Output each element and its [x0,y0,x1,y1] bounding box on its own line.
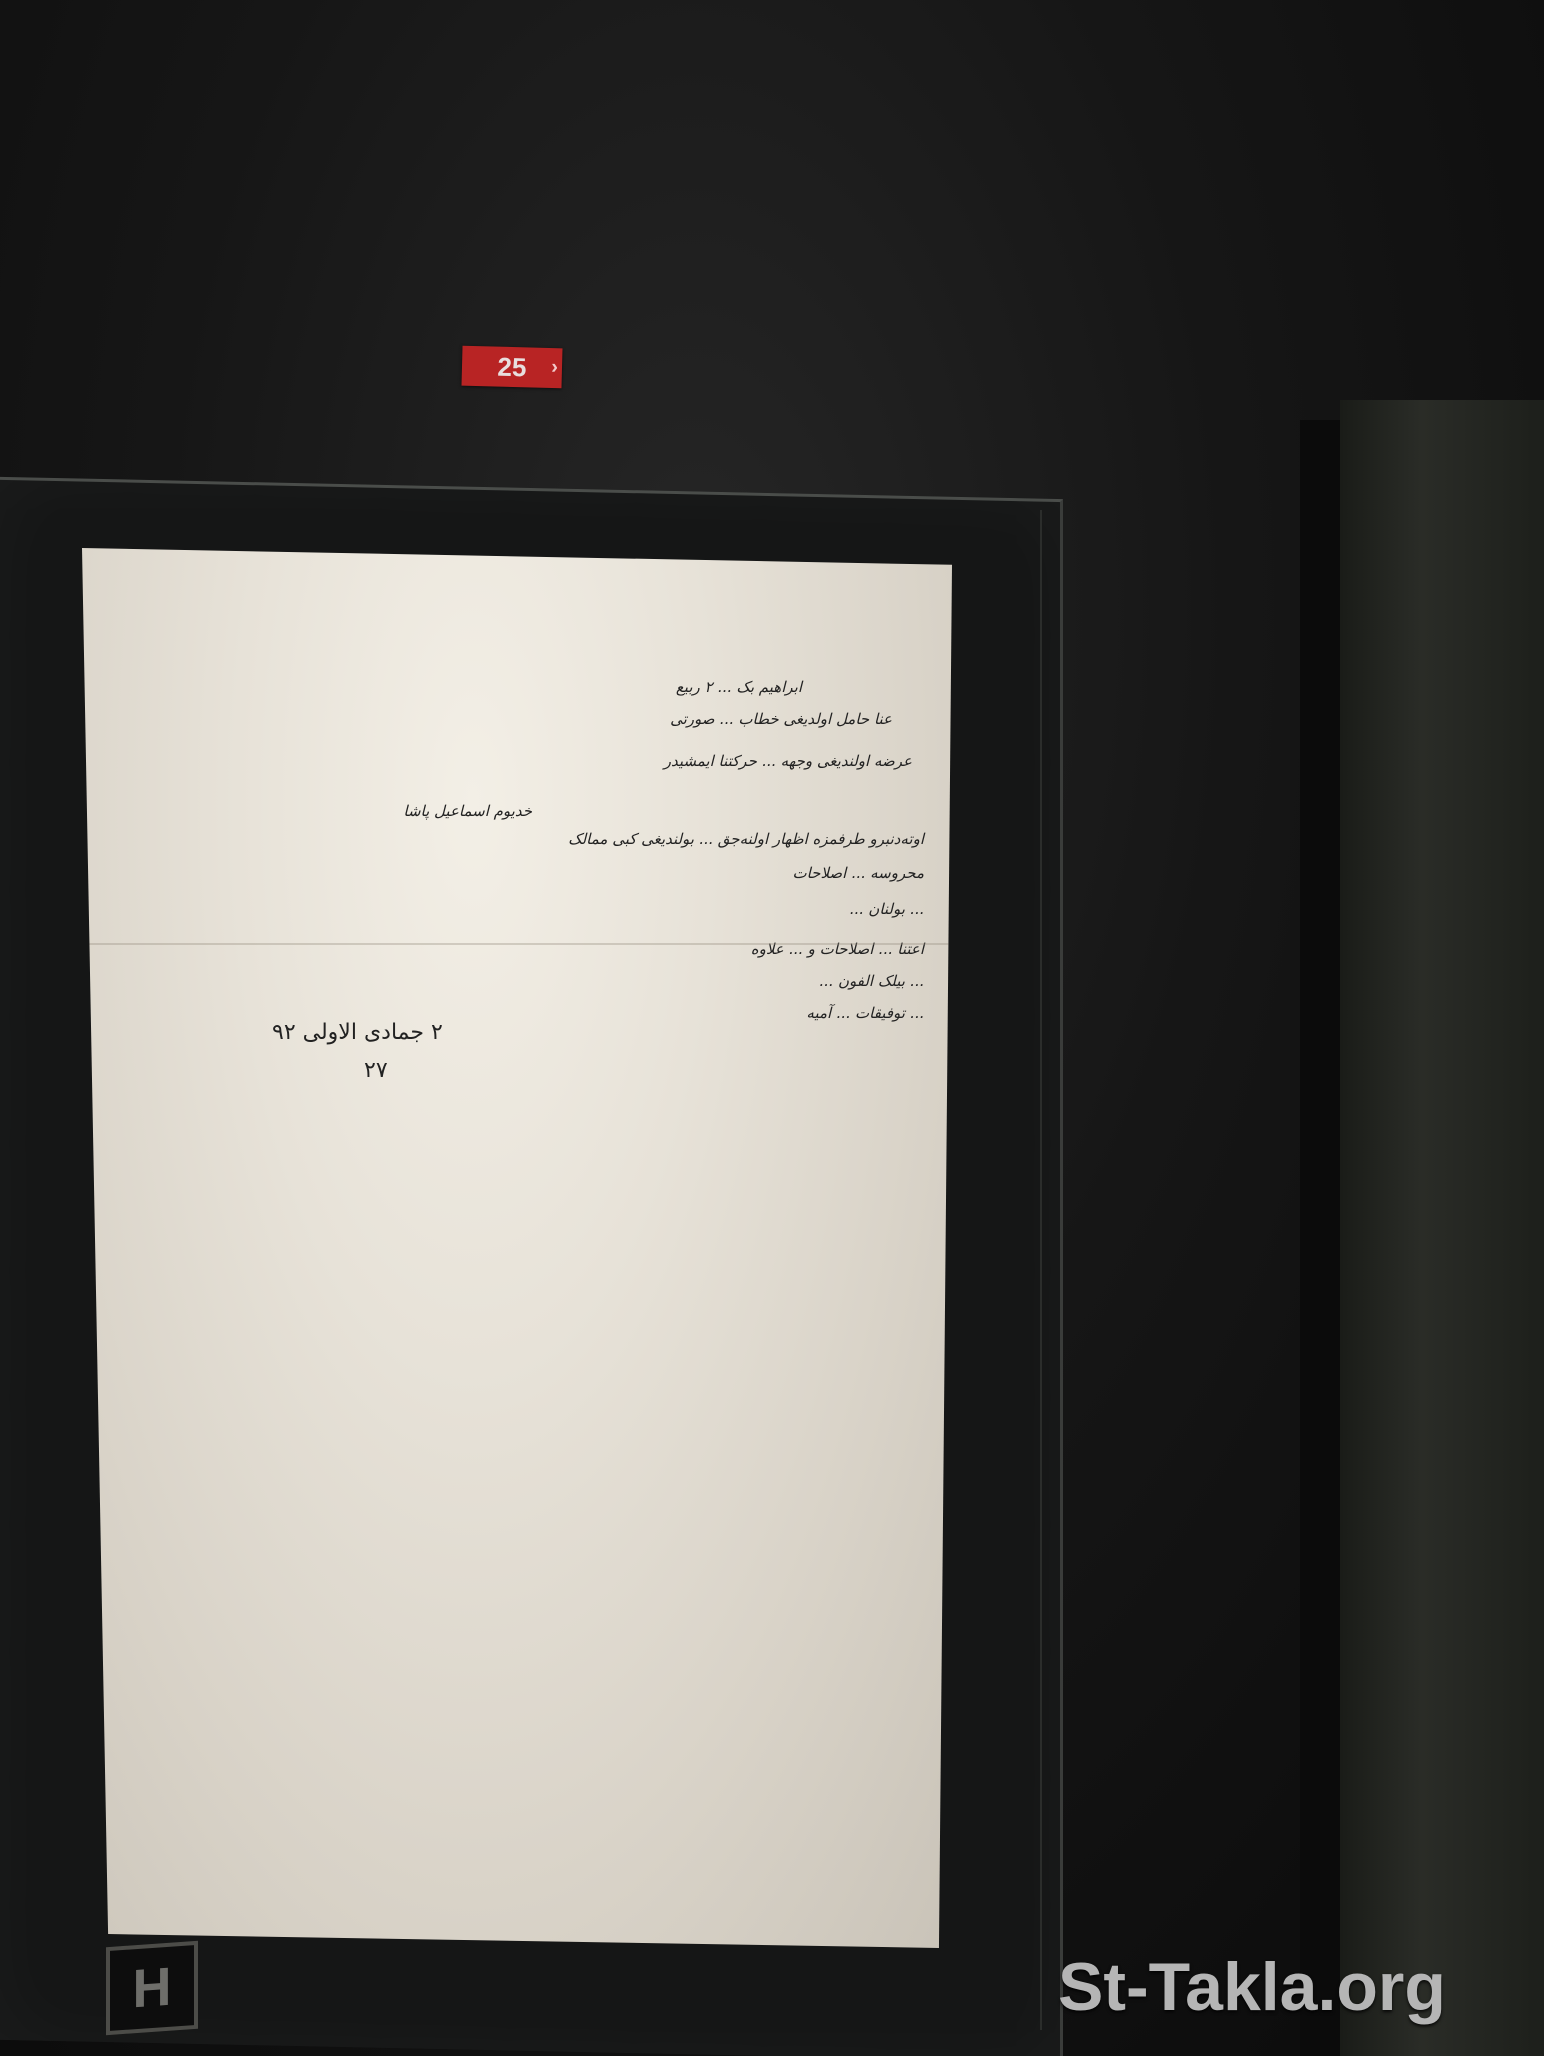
letter-line: ابراهیم بک ... ۲ ربیع [676,678,802,696]
h-logo-icon: H [106,1941,198,2035]
letter-date-number: ۲۷ [364,1058,388,1083]
watermark: St-Takla.org [1058,1948,1446,2026]
case-edge [1300,420,1340,2056]
letter-line: خدیوم اسماعیل پاشا [403,802,532,820]
logo-letter: H [133,1956,172,2021]
handwritten-letter: ابراهیم بک ... ۲ ربیع عنا حامل اولدیغی خ… [82,548,952,1948]
letter-line: محروسه ... اصلاحات [792,864,924,882]
letter-line: عنا حامل اولدیغی خطاب ... صورتی [670,710,892,728]
letter-line: عرضه اولندیغی وجهه ... حرکتنا ایمشیدر [664,752,912,770]
adjacent-display-panel [1340,400,1544,2056]
exhibit-number: 25 [497,351,527,383]
letter-line: ... توفیقات ... آمیه [806,1004,924,1022]
letter-line: ... بیلک الفون ... [819,972,924,990]
letter-line: ... بولنان ... [849,900,924,918]
letter-line: اعتنا ... اصلاحات و ... علاوه [751,940,924,958]
arrow-icon: › [551,356,558,379]
letter-date: ۲ جمادی الاولی ۹۲ [272,1020,443,1045]
letter-line: اوتەدنبرو طرفمزه اظهار اولنه‌جق ... بولن… [568,830,924,848]
exhibit-number-tag: 25 › [461,346,562,389]
